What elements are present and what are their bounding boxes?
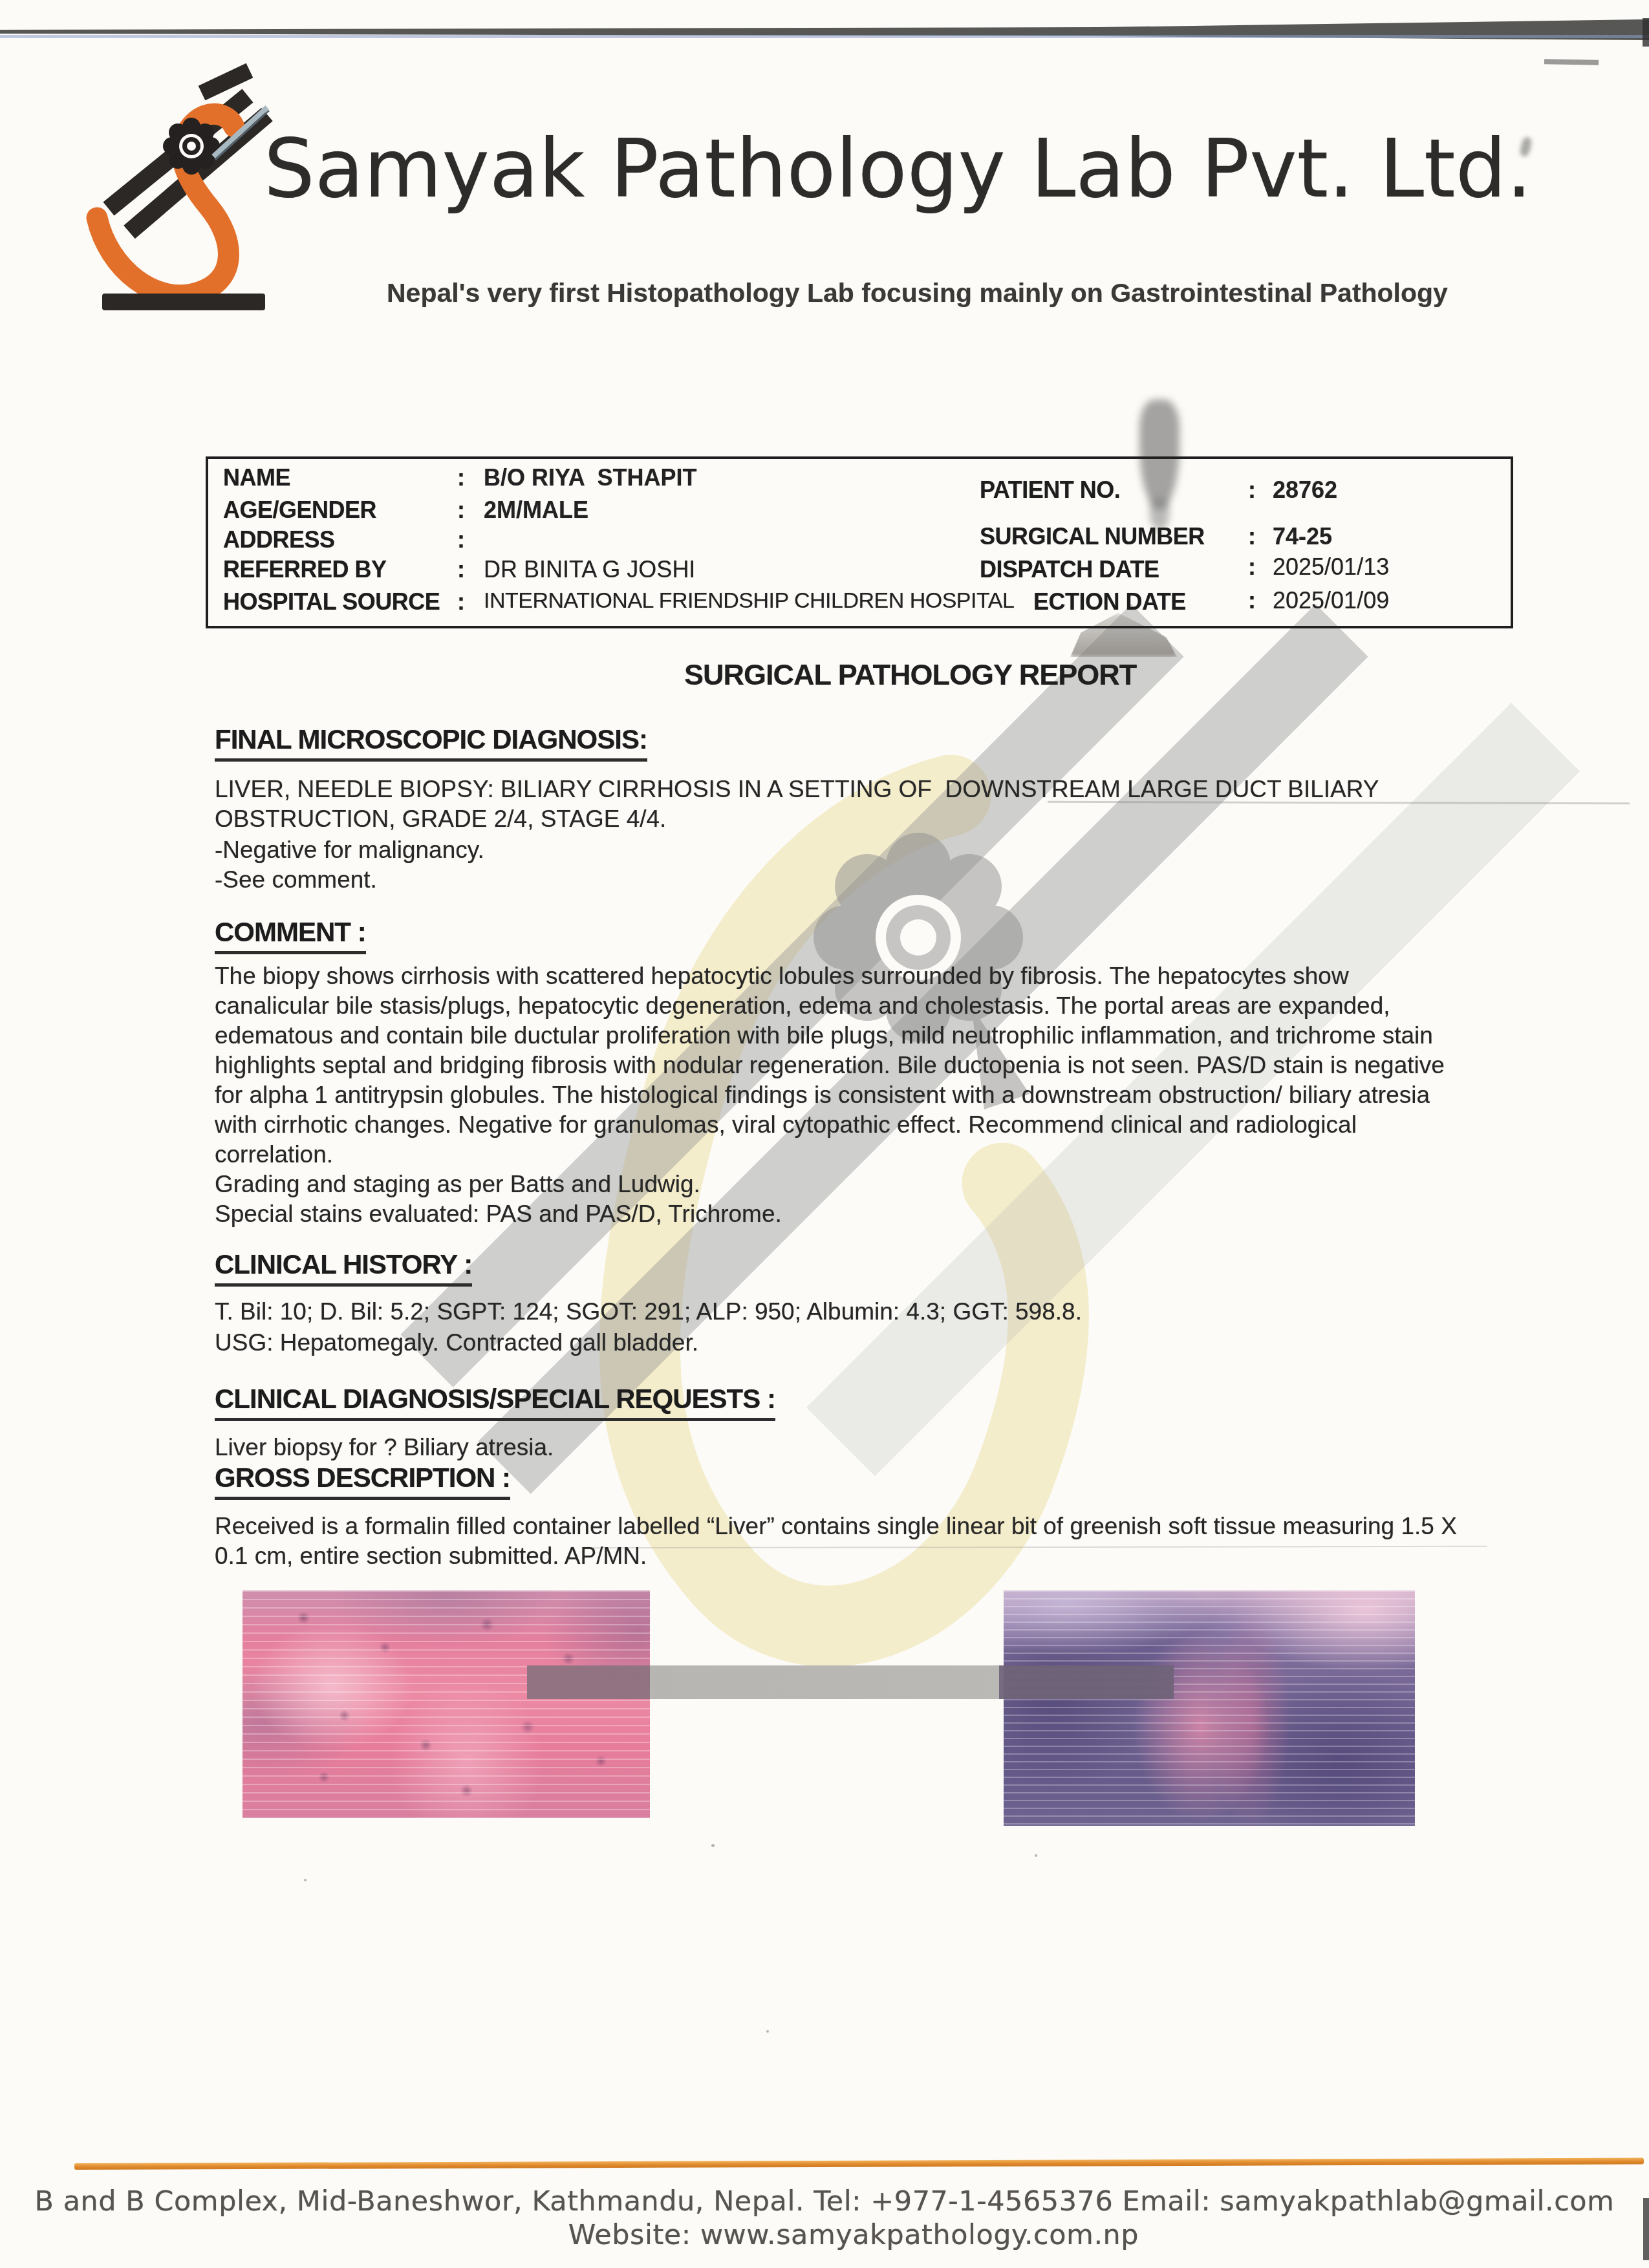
name-value: B/O RIYA STHAPIT (484, 464, 696, 491)
footer-website-line: Website: www.samyakpathology.com.np (29, 2219, 1649, 2251)
comment-line: correlation. (215, 1141, 333, 1168)
gross-description-line: Received is a formalin filled container … (215, 1513, 1457, 1540)
comment-heading: COMMENT : (215, 917, 366, 954)
clinical-history-heading: CLINICAL HISTORY : (215, 1249, 472, 1287)
colon: : (1248, 587, 1256, 614)
colon: : (457, 526, 465, 553)
diagnosis-line: -Negative for malignancy. (215, 837, 484, 864)
comment-line: highlights septal and bridging fibrosis … (215, 1052, 1445, 1079)
patient-no-label: PATIENT NO. (980, 476, 1120, 504)
clinical-diagnosis-line: Liver biopsy for ? Biliary atresia. (215, 1434, 554, 1461)
colon: : (457, 588, 465, 615)
scan-speck (304, 1879, 307, 1881)
diagnosis-line: OBSTRUCTION, GRADE 2/4, STAGE 4/4. (215, 806, 666, 833)
colon: : (1248, 553, 1256, 581)
histology-micrograph-right (1004, 1590, 1415, 1826)
colon: : (457, 464, 465, 491)
scan-speck (766, 2030, 769, 2033)
gross-description-line: 0.1 cm, entire section submitted. AP/MN. (215, 1543, 647, 1570)
colon: : (1248, 476, 1256, 504)
hospital-source-value: INTERNATIONAL FRIENDSHIP CHILDREN HOSPIT… (484, 588, 1014, 614)
lab-name: Samyak Pathology Lab Pvt. Ltd. (264, 123, 1532, 216)
comment-line: The biopy shows cirrhosis with scattered… (215, 963, 1349, 990)
clinical-diagnosis-heading: CLINICAL DIAGNOSIS/SPECIAL REQUESTS : (215, 1384, 775, 1421)
final-diagnosis-heading: FINAL MICROSCOPIC DIAGNOSIS: (215, 724, 647, 762)
microscope-lab-logo (84, 53, 278, 315)
hospital-source-label: HOSPITAL SOURCE (223, 588, 440, 615)
referred-by-value: DR BINITA G JOSHI (484, 556, 695, 583)
collection-date-label: ECTION DATE (1033, 588, 1186, 615)
scan-artifact-connector-bar (527, 1665, 1174, 1699)
comment-line: for alpha 1 antitrypsin globules. The hi… (215, 1082, 1430, 1109)
clinical-history-line: USG: Hepatomegaly. Contracted gall bladd… (215, 1329, 698, 1356)
scan-speck (711, 1844, 715, 1847)
comment-line: with cirrhotic changes. Negative for gra… (215, 1111, 1357, 1139)
report-title: SURGICAL PATHOLOGY REPORT (684, 658, 1136, 692)
comment-line: canalicular bile stasis/plugs, hepatocyt… (215, 992, 1390, 1020)
surgical-number-value: 74-25 (1273, 523, 1332, 550)
referred-by-label: REFERRED BY (223, 556, 387, 583)
colon: : (457, 556, 465, 583)
age-gender-label: AGE/GENDER (223, 497, 376, 524)
dispatch-date-label: DISPATCH DATE (980, 556, 1159, 583)
comment-line: edematous and contain bile ductular prol… (215, 1022, 1433, 1049)
lab-tagline: Nepal's very first Histopathology Lab fo… (387, 278, 1448, 308)
clinical-history-line: T. Bil: 10; D. Bil: 5.2; SGPT: 124; SGOT… (215, 1298, 1082, 1325)
colon: : (457, 497, 465, 524)
histology-micrograph-left (242, 1590, 650, 1818)
gross-description-heading: GROSS DESCRIPTION : (215, 1462, 510, 1500)
scanned-report-page: Samyak Pathology Lab Pvt. Ltd. Nepal's v… (0, 0, 1649, 2268)
comment-line: Grading and staging as per Batts and Lud… (215, 1171, 700, 1198)
diagnosis-line: -See comment. (215, 866, 377, 893)
collection-date-value: 2025/01/09 (1273, 587, 1389, 614)
footer-address-line: B and B Complex, Mid-Baneshwor, Kathmand… (0, 2185, 1649, 2218)
dispatch-date-value: 2025/01/13 (1273, 553, 1389, 581)
name-label: NAME (223, 464, 290, 491)
scan-speck (1035, 1854, 1037, 1857)
comment-line: Special stains evaluated: PAS and PAS/D,… (215, 1201, 782, 1228)
age-gender-value: 2M/MALE (484, 497, 588, 524)
patient-no-value: 28762 (1273, 476, 1337, 504)
address-label: ADDRESS (223, 526, 335, 553)
diagnosis-line: LIVER, NEEDLE BIOPSY: BILIARY CIRRHOSIS … (215, 776, 1379, 803)
colon: : (1248, 523, 1256, 550)
surgical-number-label: SURGICAL NUMBER (980, 523, 1205, 550)
